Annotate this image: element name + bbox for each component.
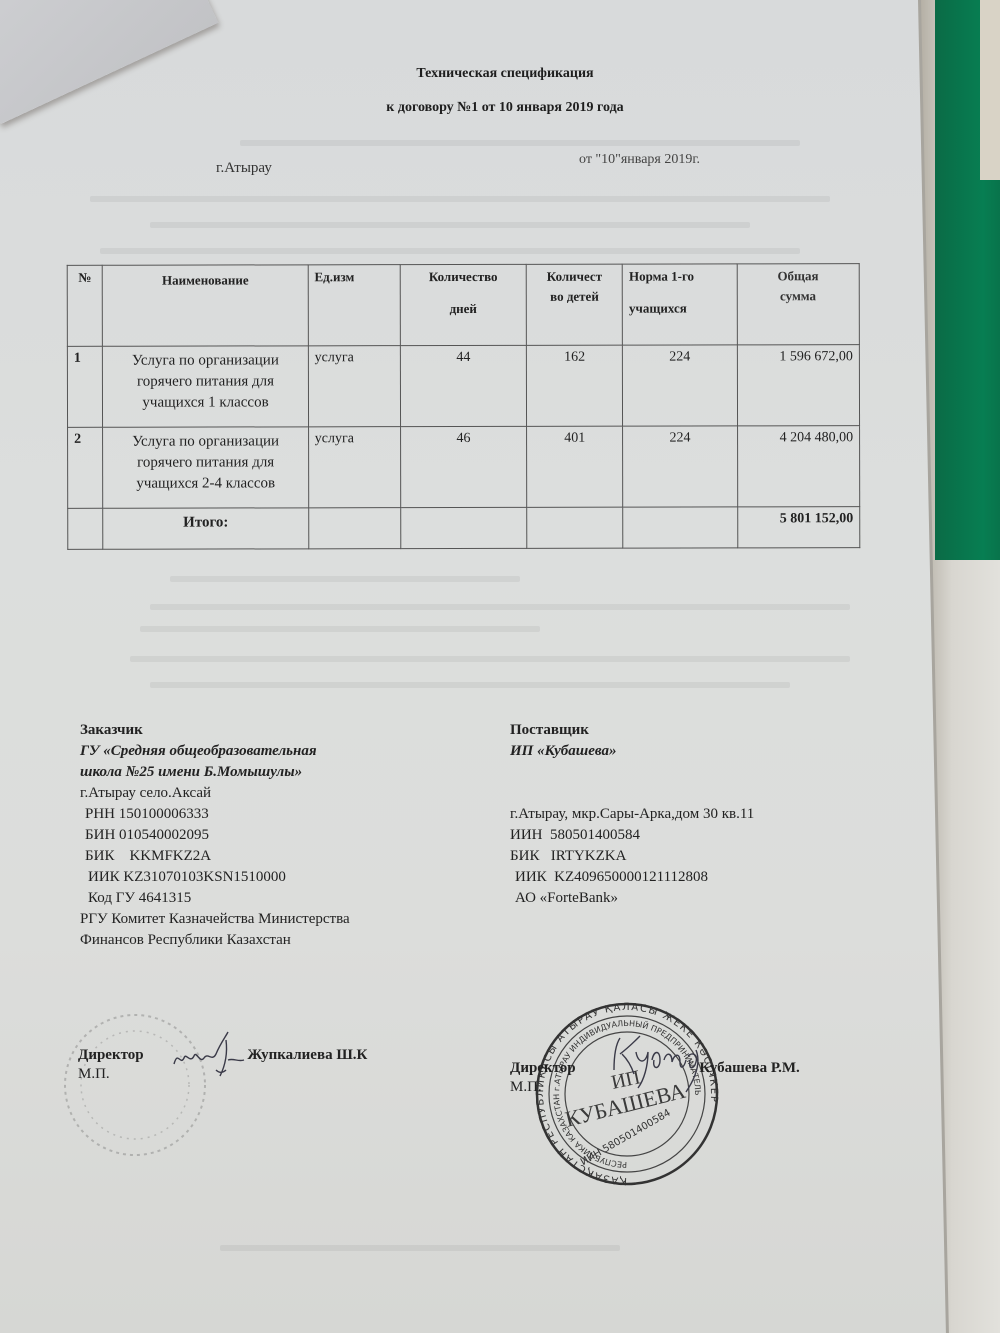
document-title: Техническая спецификация [0,66,1000,82]
customer-rnn: РНН 150100006333 [80,804,350,825]
supplier-seal-label: М.П. [510,1078,800,1097]
supplier-address: г.Атырау, мкр.Сары-Арка,дом 30 кв.11 [510,804,754,825]
customer-role: Заказчик [80,720,350,741]
customer-seal-label: М.П. [78,1065,367,1084]
table-header-row: № Наименование Ед.изм Количество дней Ко… [67,264,859,347]
header-kids: Количест во детей [526,264,622,345]
document-subtitle: к договору №1 от 10 января 2019 года [0,100,1000,116]
grid-paper-edge [980,0,1000,180]
customer-bank-line2: Финансов Республики Казахстан [80,930,350,951]
supplier-bank: АО «ForteBank» [510,888,754,909]
customer-org-line2: школа №25 имени Б.Момышулы» [80,762,350,783]
header-name: Наименование [103,265,308,346]
supplier-director-label: Директор [510,1060,576,1076]
customer-bin: БИН 010540002095 [80,825,350,846]
supplier-bik: БИК IRTYKZKA [510,846,754,867]
supplier-iin: ИИН 580501400584 [510,825,754,846]
supplier-iik: ИИК KZ409650000121112808 [510,867,754,888]
total-sum: 5 801 152,00 [737,507,860,548]
supplier-org: ИП «Кубашева» [510,741,754,762]
supplier-director-name: Кубашева Р.М. [699,1060,799,1076]
customer-details: Заказчик ГУ «Средняя общеобразовательная… [80,720,350,951]
header-unit: Ед.изм [308,265,400,346]
table-row: 1 Услуга по организации горячего питания… [67,345,859,428]
specification-table: № Наименование Ед.изм Количество дней Ко… [67,263,861,550]
customer-bik: БИК KKMFKZ2A [80,846,350,867]
supplier-role: Поставщик [510,720,754,741]
total-label: Итого: [103,508,308,549]
customer-address: г.Атырау село.Аксай [80,783,350,804]
header-days: Количество дней [400,264,527,345]
document-city: г.Атырау [216,160,272,177]
supplier-signature-block: Директор Кубашева Р.М. М.П. [510,1059,800,1097]
header-no: № [67,265,103,346]
table-row: 2 Услуга по организации горячего питания… [68,426,860,509]
header-norm: Норма 1-го учащихся [622,264,736,345]
customer-director-label: Директор [78,1047,144,1063]
customer-iik: ИИК KZ31070103KSN1510000 [80,867,350,888]
document-date: от "10"января 2019г. [579,152,700,168]
supplier-details: Поставщик ИП «Кубашева» г.Атырау, мкр.Са… [510,720,754,909]
table-total-row: Итого: 5 801 152,00 [68,507,860,550]
header-sum: Общая сумма [737,264,860,345]
customer-director-name: Жупкалиева Ш.К [247,1047,367,1063]
customer-bank-line1: РГУ Комитет Казначейства Министерства [80,909,350,930]
customer-org-line1: ГУ «Средняя общеобразовательная [80,741,350,762]
customer-signature-block: Директор Жупкалиева Ш.К М.П. [78,1046,367,1084]
customer-code: Код ГУ 4641315 [80,888,350,909]
